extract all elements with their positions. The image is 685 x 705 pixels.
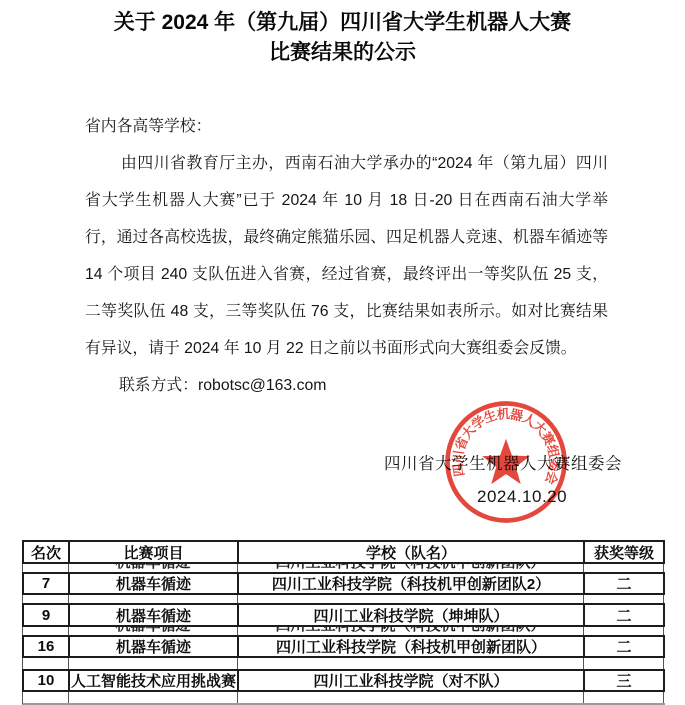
cell-award: 二 <box>585 605 665 625</box>
clipped-row-sliver: 机器车循迹 四川工业科技学院（科技机甲创新团队） <box>22 627 665 635</box>
paragraph-line: 有异议，请于 2024 年 10 月 22 日之前以书面形式向大赛组委会反馈。 <box>85 330 608 367</box>
table-row: 10 人工智能技术应用挑战赛 四川工业科技学院（对不队） 三 <box>22 669 665 692</box>
cell-event: 机器车循迹 <box>70 605 239 625</box>
clipped-row-sliver <box>22 692 665 705</box>
title-line-2: 比赛结果的公示 <box>0 38 685 68</box>
cell-event: 机器车循迹 <box>70 637 239 656</box>
header-award: 获奖等级 <box>585 542 665 562</box>
cell-school: 四川工业科技学院（科技机甲创新团队） <box>239 637 585 656</box>
announcement-document: 关于 2024 年（第九届）四川省大学生机器人大赛 比赛结果的公示 省内各高等学… <box>0 0 685 705</box>
svg-text:四川省大学生机器人大赛组委会: 四川省大学生机器人大赛组委会 <box>448 400 568 491</box>
paragraph-line: 14 个项目 240 支队伍进入省赛，经过省赛，最终评出一等奖队伍 25 支， <box>85 256 608 293</box>
clipped-row-sliver <box>22 595 665 603</box>
table-row: 9 机器车循迹 四川工业科技学院（坤坤队） 二 <box>22 603 665 627</box>
cell-rank: 9 <box>24 605 70 625</box>
clipped-school-fragment: 四川工业科技学院（科技机甲创新团队） <box>238 564 583 572</box>
cell-event: 机器车循迹 <box>70 574 239 593</box>
signature-committee: 四川省大学生机器人大赛组委会 <box>384 450 622 474</box>
cell-rank: 16 <box>24 637 70 656</box>
title-line-1: 关于 2024 年（第九届）四川省大学生机器人大赛 <box>0 8 685 38</box>
table-header-row: 名次 比赛项目 学校（队名） 获奖等级 <box>22 540 665 564</box>
paragraph-line: 由四川省教育厅主办，西南石油大学承办的“2024 年（第九届）四川 <box>85 145 608 182</box>
contact-line: 联系方式：robotsc@163.com <box>85 367 608 404</box>
cell-rank: 10 <box>24 671 70 690</box>
header-event: 比赛项目 <box>70 542 239 562</box>
signature-date: 2024.10.20 <box>477 487 567 507</box>
cell-school: 四川工业科技学院（对不队） <box>239 671 585 690</box>
salutation: 省内各高等学校： <box>85 108 608 145</box>
document-body: 省内各高等学校： 由四川省教育厅主办，西南石油大学承办的“2024 年（第九届）… <box>85 108 608 404</box>
document-title: 关于 2024 年（第九届）四川省大学生机器人大赛 比赛结果的公示 <box>0 8 685 68</box>
cell-school: 四川工业科技学院（坤坤队） <box>239 605 585 625</box>
cell-award: 二 <box>585 574 665 593</box>
paragraph-line: 二等奖队伍 48 支，三等奖队伍 76 支，比赛结果如表所示。如对比赛结果 <box>85 293 608 330</box>
cell-rank: 7 <box>24 574 70 593</box>
clipped-event-fragment: 机器车循迹 <box>69 627 237 635</box>
cell-award: 二 <box>585 637 665 656</box>
cell-school: 四川工业科技学院（科技机甲创新团队2） <box>239 574 585 593</box>
cell-event: 人工智能技术应用挑战赛 <box>70 671 239 690</box>
header-school: 学校（队名） <box>239 542 585 562</box>
cell-award: 三 <box>585 671 665 690</box>
clipped-school-fragment: 四川工业科技学院（科技机甲创新团队） <box>238 627 583 635</box>
paragraph-line: 省大学生机器人大赛”已于 2024 年 10 月 18 日-20 日在西南石油大… <box>85 182 608 219</box>
results-table: 名次 比赛项目 学校（队名） 获奖等级 机器车循迹 四川工业科技学院（科技机甲创… <box>22 540 665 705</box>
header-rank: 名次 <box>24 542 70 562</box>
table-row: 7 机器车循迹 四川工业科技学院（科技机甲创新团队2） 二 <box>22 572 665 595</box>
clipped-row-sliver <box>22 658 665 669</box>
clipped-event-fragment: 机器车循迹 <box>69 564 237 572</box>
table-row: 16 机器车循迹 四川工业科技学院（科技机甲创新团队） 二 <box>22 635 665 658</box>
clipped-row-sliver: 机器车循迹 四川工业科技学院（科技机甲创新团队） <box>22 564 665 572</box>
stamp-ring-text: 四川省大学生机器人大赛组委会 <box>448 400 568 491</box>
paragraph-line: 行，通过各高校选拔，最终确定熊猫乐园、四足机器人竞速、机器车循迹等 <box>85 219 608 256</box>
